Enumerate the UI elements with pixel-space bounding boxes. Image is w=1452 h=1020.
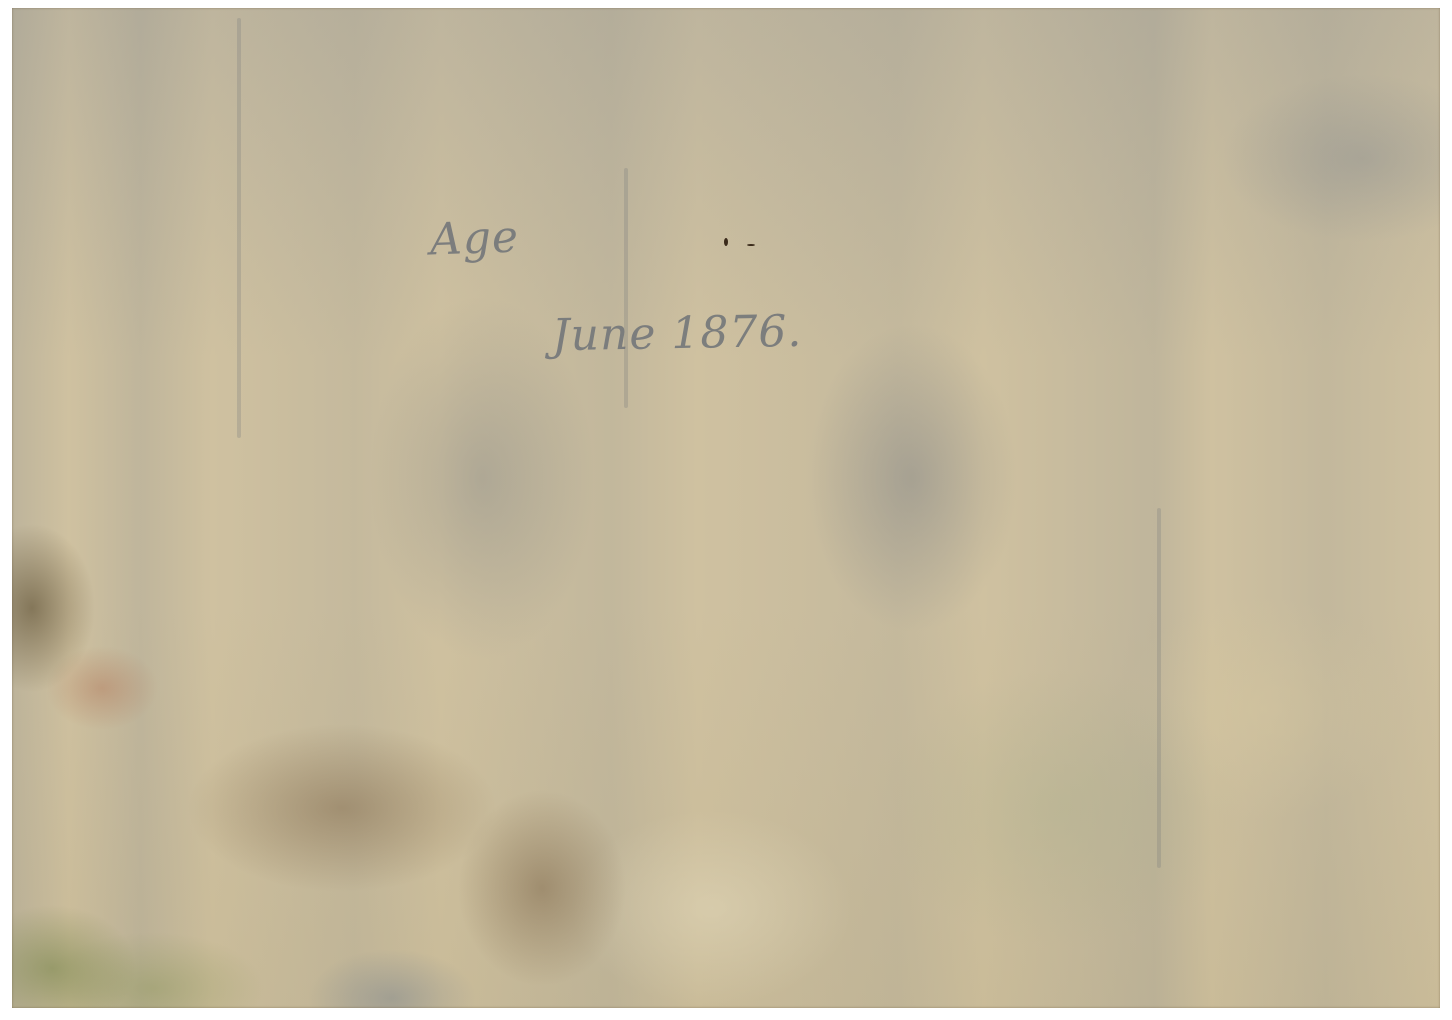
ink-speck xyxy=(724,238,728,246)
inscription-line-2: June 1876. xyxy=(552,306,803,361)
paper-streak xyxy=(624,168,628,408)
paper-streak xyxy=(1157,508,1161,868)
paper-streak xyxy=(237,18,241,438)
watercolor-paper: Age June 1876. xyxy=(12,8,1440,1008)
inscription-line-1: Age xyxy=(429,211,520,265)
ink-speck xyxy=(747,244,755,246)
